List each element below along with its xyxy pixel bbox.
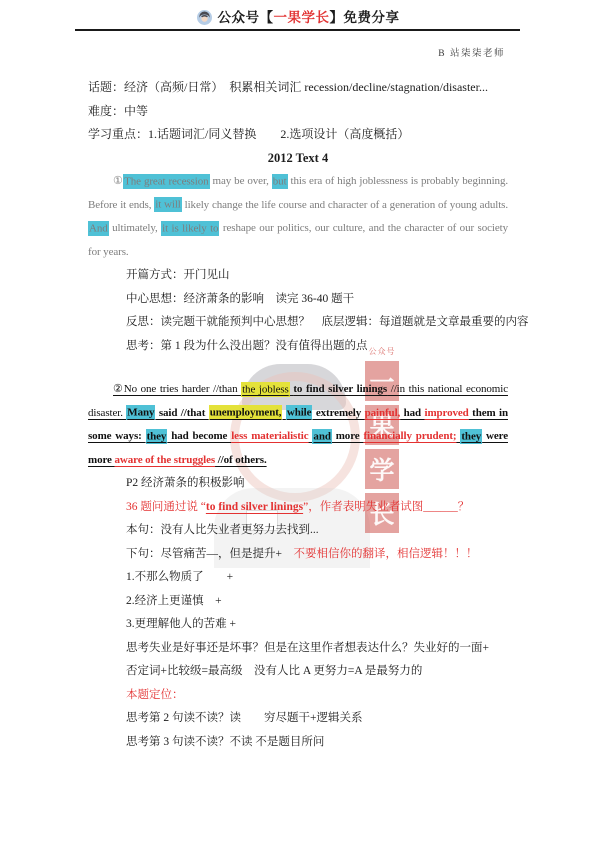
note-think-good-bad: 思考失业是好事还是坏事？但是在这里作者想表达什么？失业好的一面+	[126, 637, 508, 661]
highlighted-text: the jobless	[241, 382, 290, 397]
red-annotation-text: aware of the struggles	[114, 454, 215, 466]
note-locate-sentence-2: 思考第 2 句读不读？读 穷尽题干+逻辑关系	[126, 707, 508, 731]
notes-paragraph-2: P2 经济萧条的积极影响 36 题问通过说 “to find silver li…	[126, 472, 508, 754]
red-annotation-text: less materialistic	[231, 430, 308, 442]
header-title-prefix: 公众号【	[218, 10, 274, 25]
text-segment: extremely	[312, 407, 364, 419]
note-list-item-3: 3.更理解他人的苦难 +	[126, 613, 508, 637]
topic-line: 话题：经济（高频/日常） 积累相关词汇 recession/decline/st…	[88, 76, 508, 100]
text-segment: likely change the life course and charac…	[182, 199, 508, 211]
highlighted-text: And	[88, 221, 109, 236]
note-next-sentence: 下句：尽管痛苦—，但是提升+ 不要相信你的翻译，相信逻辑！！！	[126, 543, 508, 567]
red-annotation-text: ”，作者表明失业者试图______？	[303, 501, 469, 513]
red-annotation-text: 36 题问通过说 “	[126, 501, 206, 513]
note-reflection: 反思：读完题干就能预判中心思想？ 底层逻辑：每道题就是文章最重要的内容	[126, 311, 508, 335]
notes-paragraph-1: 开篇方式：开门见山 中心思想：经济萧条的影响 读完 36-40 题干 反思：读完…	[126, 264, 508, 358]
text-segment: had become	[167, 430, 231, 442]
note-negation-rule: 否定词+比较级=最高级 没有人比 A 更努力=A 是最努力的	[126, 660, 508, 684]
highlighted-text: it will	[154, 197, 182, 212]
text-segment: said //that	[155, 407, 208, 419]
text-segment: //of others	[215, 454, 264, 466]
note-thinking: 思考：第 1 段为什么没出题？没有值得出题的点	[126, 335, 508, 359]
author-byline: B 站柒柒老师	[438, 45, 505, 59]
text-segment: ultimately,	[109, 222, 162, 234]
note-locate-heading: 本题定位：	[126, 684, 508, 708]
red-annotation-text: painful,	[365, 407, 401, 419]
passage-paragraph-1: ①The great recession may be over, but th…	[88, 170, 508, 264]
passage-title: 2012 Text 4	[88, 147, 508, 171]
document-page: 公众号 一 果 学 长 公众号【一果学长】免费分享 B 站柒柒老师 话题：经济（…	[0, 0, 596, 842]
header-title: 公众号【一果学长】免费分享	[218, 10, 400, 25]
text-segment: .	[264, 454, 267, 466]
text-segment: to find silver linings	[293, 383, 387, 395]
note-main-idea: 中心思想：经济萧条的影响 读完 36-40 题干	[126, 288, 508, 312]
note-this-sentence: 本句：没有人比失业者更努力去找到...	[126, 519, 508, 543]
note-list-item-2: 2.经济上更谨慎 +	[126, 590, 508, 614]
topic-line-zh: 话题：经济（高频/日常） 积累相关词汇	[88, 80, 304, 94]
highlighted-text: but	[272, 174, 288, 189]
difficulty-line: 难度：中等	[88, 100, 508, 124]
highlighted-text: and	[312, 429, 331, 444]
highlighted-text: it is likely to	[161, 221, 219, 236]
highlighted-text: Many	[126, 405, 155, 420]
note-opening-style: 开篇方式：开门见山	[126, 264, 508, 288]
text-segment: had	[400, 407, 424, 419]
note-p2-heading: P2 经济萧条的积极影响	[126, 472, 508, 496]
header-brand-name: 一果学长	[274, 10, 330, 25]
text-segment: ②No one tries harder //than	[113, 383, 241, 395]
note-question-36: 36 题问通过说 “to find silver linings”，作者表明失业…	[126, 496, 508, 520]
text-segment: 下句：尽管痛苦—，但是提升+	[126, 548, 293, 560]
focus-line: 学习重点：1.话题词汇/同义替换 2.选项设计（高度概括）	[88, 123, 508, 147]
red-annotation-text: financially prudent;	[363, 430, 456, 442]
page-header: 公众号【一果学长】免费分享	[0, 6, 596, 26]
note-list-item-1: 1.不那么物质了 +	[126, 566, 508, 590]
text-segment: ①	[113, 175, 123, 187]
highlighted-text: unemployment,	[209, 405, 283, 420]
red-annotation-text: improved	[424, 407, 468, 419]
highlighted-text: The great recession	[123, 174, 209, 189]
text-segment: may be over,	[210, 175, 272, 187]
text-segment: more	[332, 430, 364, 442]
highlighted-text: they	[146, 429, 168, 444]
header-title-suffix: 】免费分享	[330, 10, 400, 25]
red-annotation-text: to find silver linings	[206, 501, 303, 513]
red-annotation-text: 不要相信你的翻译，相信逻辑！！！	[293, 548, 477, 560]
header-divider	[75, 29, 520, 31]
highlighted-text: they	[460, 429, 482, 444]
avatar-icon	[197, 10, 212, 25]
document-content: 话题：经济（高频/日常） 积累相关词汇 recession/decline/st…	[88, 76, 508, 754]
highlighted-text: while	[286, 405, 313, 420]
passage-paragraph-2: ②No one tries harder //than the jobless …	[88, 378, 508, 472]
note-locate-sentence-3: 思考第 3 句读不读？不读 不是题目所问	[126, 731, 508, 755]
topic-line-en: recession/decline/stagnation/disaster...	[304, 80, 488, 94]
